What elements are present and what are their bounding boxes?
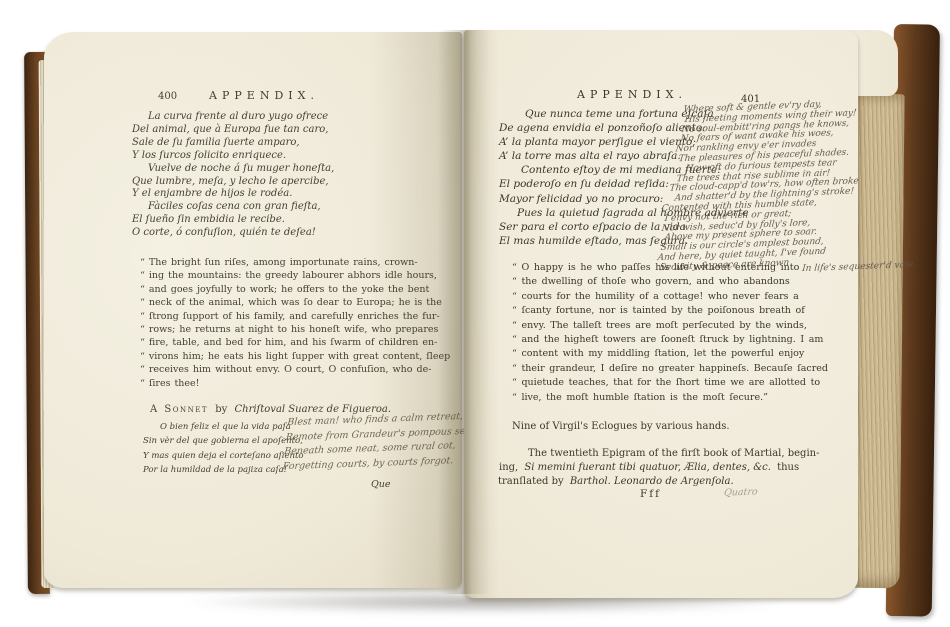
- prose-line: “ content with my middling ſtation, let …: [512, 347, 828, 361]
- catchword-left: Que: [371, 479, 391, 490]
- martial-line3-start: tranſlated by: [498, 476, 564, 487]
- martial-line2-start: ing,: [499, 462, 518, 473]
- prose-line: “ live, the moſt humble ſtation is the m…: [512, 391, 828, 405]
- prose-line: “ the dwelling of thoſe who govern, and …: [512, 275, 828, 289]
- sonnet-heading-lead: A: [150, 404, 157, 415]
- sonnet-line: Sin vèr del que gobierna el apoſento,: [143, 434, 304, 448]
- running-head-right: APPENDIX.: [532, 88, 732, 101]
- prose-line: “ virons him; he eats his light ſupper w…: [140, 350, 450, 363]
- eclogues-note: Nine of Virgil's Eclogues by various han…: [512, 421, 730, 432]
- sonnet-heading-connector: by: [215, 404, 227, 415]
- right-page: APPENDIX. 401 Que nunca teme una fortuna…: [464, 30, 858, 598]
- verse-line: El ſueño ſin embidia le recibe.: [132, 214, 334, 227]
- sonnet-line: Y mas quien deja el corteſano aſiento: [143, 449, 304, 463]
- prose-line: “ ſtrong ſupport of his family, and care…: [140, 310, 450, 323]
- signature-mark: Fff: [640, 488, 661, 500]
- prose-line: “ fire, table, and bed for him, and his …: [140, 336, 450, 349]
- english-prose-right: “ O happy is he who paſſes his life with…: [512, 261, 828, 405]
- sonnet-line: Por la humildad de la pajiza caſa!: [143, 463, 304, 477]
- handwritten-translation-right: Where soft & gentle ev'ry day,His fleeti…: [667, 99, 867, 273]
- martial-note-line3: tranſlated by Barthol. Leonardo de Argen…: [498, 475, 737, 489]
- verse-line: Y el enjambre de hijos le rodéa.: [132, 188, 334, 201]
- prose-line: “ The bright ſun riſes, among importunat…: [140, 256, 450, 269]
- prose-line: “ ſcanty fortune, nor is tainted by the …: [512, 304, 828, 318]
- prose-line: “ neck of the animal, which was ſo dear …: [140, 296, 450, 309]
- spanish-verse-left: La curva frente al duro yugo ofreceDel a…: [132, 111, 334, 240]
- prose-line: “ their grandeur, I deſire no greater ha…: [512, 362, 828, 376]
- verse-line: Sale de ſu familia ſuerte amparo,: [132, 137, 334, 150]
- open-book-photo: 400 APPENDIX. La curva frente al duro yu…: [0, 0, 950, 627]
- prose-line: “ and goes joyfully to work; he offers t…: [140, 283, 450, 296]
- verse-line: Y los ſurcos ſolicito enriquece.: [132, 150, 334, 163]
- martial-note-line2: ing, Si memini fuerant tibi quatuor, Æli…: [499, 461, 802, 475]
- prose-line: “ rows; he returns at night to his honeſ…: [140, 323, 450, 336]
- sonnet-spanish-lines: O bien feliz el que la vida paſaSin vèr …: [143, 420, 304, 477]
- sonnet-line: O bien feliz el que la vida paſa: [160, 420, 304, 434]
- verse-line: Que lumbre, meſa, y lecho le apercibe,: [132, 176, 334, 189]
- left-page: 400 APPENDIX. La curva frente al duro yu…: [44, 32, 462, 588]
- prose-line: “ ſires thee!: [140, 377, 450, 390]
- handwritten-translation-left: Blest man! who finds a calm retreat,Remo…: [282, 409, 480, 474]
- martial-note-line1: The twentieth Epigram of the firſt book …: [528, 447, 819, 461]
- prose-line: “ ing the mountains: the greedy labourer…: [140, 269, 450, 282]
- prose-line: “ and the higheſt towers are ſooneſt ſtr…: [512, 333, 828, 347]
- handwritten-catchword: Quatro: [723, 486, 758, 498]
- prose-line: “ quietude teaches, that for the ſhort t…: [512, 376, 828, 390]
- martial-line3-author: Barthol. Leonardo de Argenſola.: [570, 476, 734, 487]
- prose-line: “ courts for the humility of a cottage! …: [512, 290, 828, 304]
- prose-line: “ envy. The talleſt trees are moſt perſe…: [512, 319, 828, 333]
- verse-line: La curva frente al duro yugo ofrece: [148, 111, 334, 124]
- running-head-left: APPENDIX.: [164, 89, 364, 102]
- prose-line: “ O happy is he who paſſes his life with…: [512, 261, 828, 275]
- martial-line2-end: thus: [777, 462, 799, 473]
- verse-line: Del animal, que à Europa fue tan caro,: [132, 124, 334, 137]
- fore-edge-page-block: [852, 94, 904, 588]
- verse-line: Fàciles coſas cena con gran fieſta,: [148, 201, 334, 214]
- martial-line2-latin: Si memini fuerant tibi quatuor, Ælia, de…: [524, 462, 770, 473]
- prose-line: “ receives him without envy. O court, O …: [140, 363, 450, 376]
- english-prose-left: “ The bright ſun riſes, among importunat…: [140, 256, 450, 390]
- sonnet-heading-word: Sonnet: [164, 404, 208, 415]
- verse-line: Vuelve de noche á ſu muger honeſta,: [148, 163, 334, 176]
- verse-line: O corte, ó confuſion, quién te deſea!: [132, 227, 334, 240]
